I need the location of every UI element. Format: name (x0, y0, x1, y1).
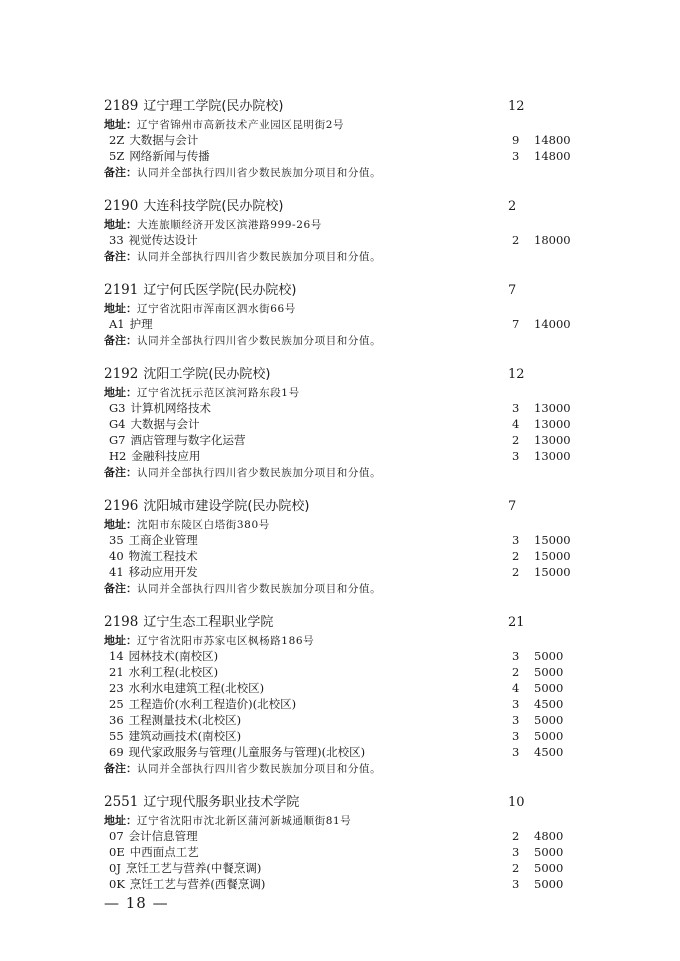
major-tuition: 15000 (534, 532, 571, 548)
major-tuition: 13000 (534, 416, 571, 432)
major-name: 园林技术(南校区) (129, 649, 218, 663)
address-text: 辽宁省沈阳市浑南区泗水街66号 (137, 303, 296, 315)
major-quota: 3 (512, 532, 519, 548)
address-label: 地址： (104, 814, 137, 827)
school-address: 地址：辽宁省沈阳市苏家屯区枫杨路186号 (104, 632, 584, 648)
major-quota: 4 (512, 416, 519, 432)
major-quota: 7 (512, 316, 519, 332)
major-tuition: 5000 (534, 680, 563, 696)
major-code: G4 (109, 417, 126, 431)
major-quota: 3 (512, 696, 519, 712)
major-code: G7 (109, 433, 126, 447)
major-row: A1护理 7 14000 (104, 316, 584, 332)
major-name: 烹饪工艺与营养(西餐烹调) (130, 877, 265, 891)
major-tuition: 5000 (534, 876, 563, 892)
school-block: 2192沈阳工学院(民办院校) 12 地址：辽宁省沈抚示范区滨河路东段1号 G3… (104, 365, 584, 480)
major-name: 酒店管理与数字化运营 (131, 433, 246, 447)
school-address: 地址：沈阳市东陵区白塔街380号 (104, 516, 584, 532)
major-row: 07会计信息管理 2 4800 (104, 828, 584, 844)
school-header: 2190大连科技学院(民办院校) 2 (104, 197, 584, 216)
major-quota: 2 (512, 232, 519, 248)
school-address: 地址：辽宁省沈阳市浑南区泗水街66号 (104, 300, 584, 316)
major-tuition: 5000 (534, 648, 563, 664)
address-text: 沈阳市东陵区白塔街380号 (137, 519, 270, 531)
major-row: H2金融科技应用 3 13000 (104, 448, 584, 464)
school-note: 备注：认同并全部执行四川省少数民族加分项目和分值。 (104, 760, 584, 776)
address-text: 辽宁省沈阳市沈北新区蒲河新城通顺街81号 (137, 815, 351, 827)
major-tuition: 15000 (534, 564, 571, 580)
major-name: 移动应用开发 (129, 565, 198, 579)
major-quota: 2 (512, 564, 519, 580)
major-quota: 2 (512, 828, 519, 844)
note-text: 认同并全部执行四川省少数民族加分项目和分值。 (137, 763, 381, 775)
major-tuition: 15000 (534, 548, 571, 564)
major-name: 大数据与会计 (129, 133, 198, 147)
major-quota: 2 (512, 860, 519, 876)
major-row: 36工程测量技术(北校区) 3 5000 (104, 712, 584, 728)
major-name: 水利水电建筑工程(北校区) (129, 681, 264, 695)
major-name: 视觉传达设计 (129, 233, 198, 247)
major-code: 25 (109, 697, 124, 711)
school-code: 2196 (104, 498, 138, 514)
school-address: 地址：大连旅顺经济开发区滨港路999-26号 (104, 216, 584, 232)
major-code: 0J (109, 861, 121, 875)
major-name: 现代家政服务与管理(儿童服务与管理)(北校区) (129, 745, 365, 759)
major-code: 2Z (109, 133, 124, 147)
major-row: 23水利水电建筑工程(北校区) 4 5000 (104, 680, 584, 696)
school-address: 地址：辽宁省沈阳市沈北新区蒲河新城通顺街81号 (104, 812, 584, 828)
major-name: 建筑动画技术(南校区) (129, 729, 241, 743)
school-total-quota: 2 (508, 197, 516, 216)
school-name: 大连科技学院(民办院校) (143, 199, 283, 214)
school-address: 地址：辽宁省锦州市高新技术产业园区昆明街2号 (104, 116, 584, 132)
school-code: 2189 (104, 98, 138, 114)
school-block: 2190大连科技学院(民办院校) 2 地址：大连旅顺经济开发区滨港路999-26… (104, 197, 584, 264)
major-quota: 2 (512, 432, 519, 448)
major-tuition: 18000 (534, 232, 571, 248)
major-code: 0K (109, 877, 125, 891)
school-code: 2198 (104, 614, 138, 630)
school-name: 沈阳工学院(民办院校) (143, 367, 270, 382)
note-label: 备注： (104, 334, 137, 347)
school-header: 2191辽宁何氏医学院(民办院校) 7 (104, 281, 584, 300)
school-name: 辽宁生态工程职业学院 (143, 615, 273, 630)
major-name: 工商企业管理 (129, 533, 198, 547)
address-label: 地址： (104, 118, 137, 131)
major-row: 21水利工程(北校区) 2 5000 (104, 664, 584, 680)
major-quota: 2 (512, 548, 519, 564)
school-list: 2189辽宁理工学院(民办院校) 12 地址：辽宁省锦州市高新技术产业园区昆明街… (104, 97, 584, 909)
address-label: 地址： (104, 302, 137, 315)
major-tuition: 14800 (534, 132, 571, 148)
school-block: 2551辽宁现代服务职业技术学院 10 地址：辽宁省沈阳市沈北新区蒲河新城通顺街… (104, 793, 584, 892)
school-address: 地址：辽宁省沈抚示范区滨河路东段1号 (104, 384, 584, 400)
major-name: 大数据与会计 (131, 417, 200, 431)
school-block: 2198辽宁生态工程职业学院 21 地址：辽宁省沈阳市苏家屯区枫杨路186号 1… (104, 613, 584, 776)
school-note: 备注：认同并全部执行四川省少数民族加分项目和分值。 (104, 464, 584, 480)
major-row: 55建筑动画技术(南校区) 3 5000 (104, 728, 584, 744)
school-total-quota: 12 (508, 97, 525, 116)
school-name: 辽宁何氏医学院(民办院校) (143, 283, 296, 298)
note-label: 备注： (104, 762, 137, 775)
major-quota: 3 (512, 400, 519, 416)
major-tuition: 5000 (534, 664, 563, 680)
major-quota: 4 (512, 680, 519, 696)
major-name: 会计信息管理 (129, 829, 198, 843)
address-text: 辽宁省沈抚示范区滨河路东段1号 (137, 387, 300, 399)
note-text: 认同并全部执行四川省少数民族加分项目和分值。 (137, 251, 381, 263)
major-name: 物流工程技术 (129, 549, 198, 563)
major-tuition: 4800 (534, 828, 563, 844)
major-name: 水利工程(北校区) (129, 665, 218, 679)
major-name: 金融科技应用 (131, 449, 200, 463)
major-code: 40 (109, 549, 124, 563)
address-label: 地址： (104, 218, 137, 231)
major-row: 25工程造价(水利工程造价)(北校区) 3 4500 (104, 696, 584, 712)
address-text: 辽宁省沈阳市苏家屯区枫杨路186号 (137, 635, 314, 647)
school-note: 备注：认同并全部执行四川省少数民族加分项目和分值。 (104, 332, 584, 348)
major-tuition: 5000 (534, 860, 563, 876)
major-tuition: 13000 (534, 432, 571, 448)
major-row: 2Z大数据与会计 9 14800 (104, 132, 584, 148)
major-row: 0E中西面点工艺 3 5000 (104, 844, 584, 860)
address-text: 大连旅顺经济开发区滨港路999-26号 (137, 219, 322, 231)
major-row: G3计算机网络技术 3 13000 (104, 400, 584, 416)
school-header: 2189辽宁理工学院(民办院校) 12 (104, 97, 584, 116)
school-block: 2196沈阳城市建设学院(民办院校) 7 地址：沈阳市东陵区白塔街380号 35… (104, 497, 584, 596)
major-name: 网络新闻与传播 (129, 149, 210, 163)
school-header: 2192沈阳工学院(民办院校) 12 (104, 365, 584, 384)
major-quota: 3 (512, 148, 519, 164)
major-code: 55 (109, 729, 124, 743)
major-code: 07 (109, 829, 124, 843)
school-block: 2189辽宁理工学院(民办院校) 12 地址：辽宁省锦州市高新技术产业园区昆明街… (104, 97, 584, 180)
note-text: 认同并全部执行四川省少数民族加分项目和分值。 (137, 583, 381, 595)
school-total-quota: 7 (508, 281, 516, 300)
school-note: 备注：认同并全部执行四川省少数民族加分项目和分值。 (104, 248, 584, 264)
major-name: 工程造价(水利工程造价)(北校区) (129, 697, 296, 711)
note-label: 备注： (104, 250, 137, 263)
major-tuition: 14800 (534, 148, 571, 164)
major-code: 14 (109, 649, 124, 663)
major-tuition: 4500 (534, 696, 563, 712)
major-code: 69 (109, 745, 124, 759)
major-row: 41移动应用开发 2 15000 (104, 564, 584, 580)
major-code: 35 (109, 533, 124, 547)
major-row: G4大数据与会计 4 13000 (104, 416, 584, 432)
school-header: 2196沈阳城市建设学院(民办院校) 7 (104, 497, 584, 516)
school-name: 沈阳城市建设学院(民办院校) (143, 499, 309, 514)
note-label: 备注： (104, 166, 137, 179)
school-header: 2198辽宁生态工程职业学院 21 (104, 613, 584, 632)
major-quota: 3 (512, 844, 519, 860)
major-tuition: 5000 (534, 728, 563, 744)
major-row: 33视觉传达设计 2 18000 (104, 232, 584, 248)
school-total-quota: 21 (508, 613, 525, 632)
address-label: 地址： (104, 386, 137, 399)
major-row: G7酒店管理与数字化运营 2 13000 (104, 432, 584, 448)
major-quota: 9 (512, 132, 519, 148)
major-code: 33 (109, 233, 124, 247)
major-code: H2 (109, 449, 126, 463)
address-label: 地址： (104, 518, 137, 531)
major-quota: 3 (512, 728, 519, 744)
major-code: 21 (109, 665, 124, 679)
major-row: 14园林技术(南校区) 3 5000 (104, 648, 584, 664)
school-note: 备注：认同并全部执行四川省少数民族加分项目和分值。 (104, 164, 584, 180)
school-code: 2551 (104, 794, 138, 810)
major-code: 23 (109, 681, 124, 695)
major-code: A1 (109, 317, 125, 331)
school-code: 2191 (104, 282, 138, 298)
major-name: 中西面点工艺 (130, 845, 199, 859)
major-quota: 2 (512, 664, 519, 680)
school-code: 2192 (104, 366, 138, 382)
school-block: 2191辽宁何氏医学院(民办院校) 7 地址：辽宁省沈阳市浑南区泗水街66号 A… (104, 281, 584, 348)
major-code: G3 (109, 401, 126, 415)
major-row: 0K烹饪工艺与营养(西餐烹调) 3 5000 (104, 876, 584, 892)
note-text: 认同并全部执行四川省少数民族加分项目和分值。 (137, 167, 381, 179)
major-name: 护理 (130, 317, 153, 331)
major-row: 69现代家政服务与管理(儿童服务与管理)(北校区) 3 4500 (104, 744, 584, 760)
page-number: — 18 — (104, 894, 169, 912)
major-tuition: 13000 (534, 448, 571, 464)
major-row: 40物流工程技术 2 15000 (104, 548, 584, 564)
major-tuition: 14000 (534, 316, 571, 332)
major-quota: 3 (512, 744, 519, 760)
major-row: 35工商企业管理 3 15000 (104, 532, 584, 548)
major-code: 36 (109, 713, 124, 727)
major-code: 0E (109, 845, 125, 859)
major-code: 41 (109, 565, 124, 579)
school-note: 备注：认同并全部执行四川省少数民族加分项目和分值。 (104, 580, 584, 596)
major-tuition: 5000 (534, 844, 563, 860)
major-quota: 3 (512, 648, 519, 664)
note-label: 备注： (104, 582, 137, 595)
address-label: 地址： (104, 634, 137, 647)
address-text: 辽宁省锦州市高新技术产业园区昆明街2号 (137, 119, 344, 131)
note-label: 备注： (104, 466, 137, 479)
major-tuition: 13000 (534, 400, 571, 416)
school-name: 辽宁理工学院(民办院校) (143, 99, 283, 114)
major-code: 5Z (109, 149, 124, 163)
note-text: 认同并全部执行四川省少数民族加分项目和分值。 (137, 467, 381, 479)
school-header: 2551辽宁现代服务职业技术学院 10 (104, 793, 584, 812)
school-total-quota: 12 (508, 365, 525, 384)
major-tuition: 5000 (534, 712, 563, 728)
major-name: 烹饪工艺与营养(中餐烹调) (126, 861, 261, 875)
major-tuition: 4500 (534, 744, 563, 760)
major-quota: 3 (512, 876, 519, 892)
major-name: 计算机网络技术 (131, 401, 212, 415)
school-total-quota: 7 (508, 497, 516, 516)
school-code: 2190 (104, 198, 138, 214)
major-quota: 3 (512, 448, 519, 464)
school-name: 辽宁现代服务职业技术学院 (143, 795, 299, 810)
major-quota: 3 (512, 712, 519, 728)
major-row: 0J烹饪工艺与营养(中餐烹调) 2 5000 (104, 860, 584, 876)
major-row: 5Z网络新闻与传播 3 14800 (104, 148, 584, 164)
major-name: 工程测量技术(北校区) (129, 713, 241, 727)
note-text: 认同并全部执行四川省少数民族加分项目和分值。 (137, 335, 381, 347)
school-total-quota: 10 (508, 793, 525, 812)
